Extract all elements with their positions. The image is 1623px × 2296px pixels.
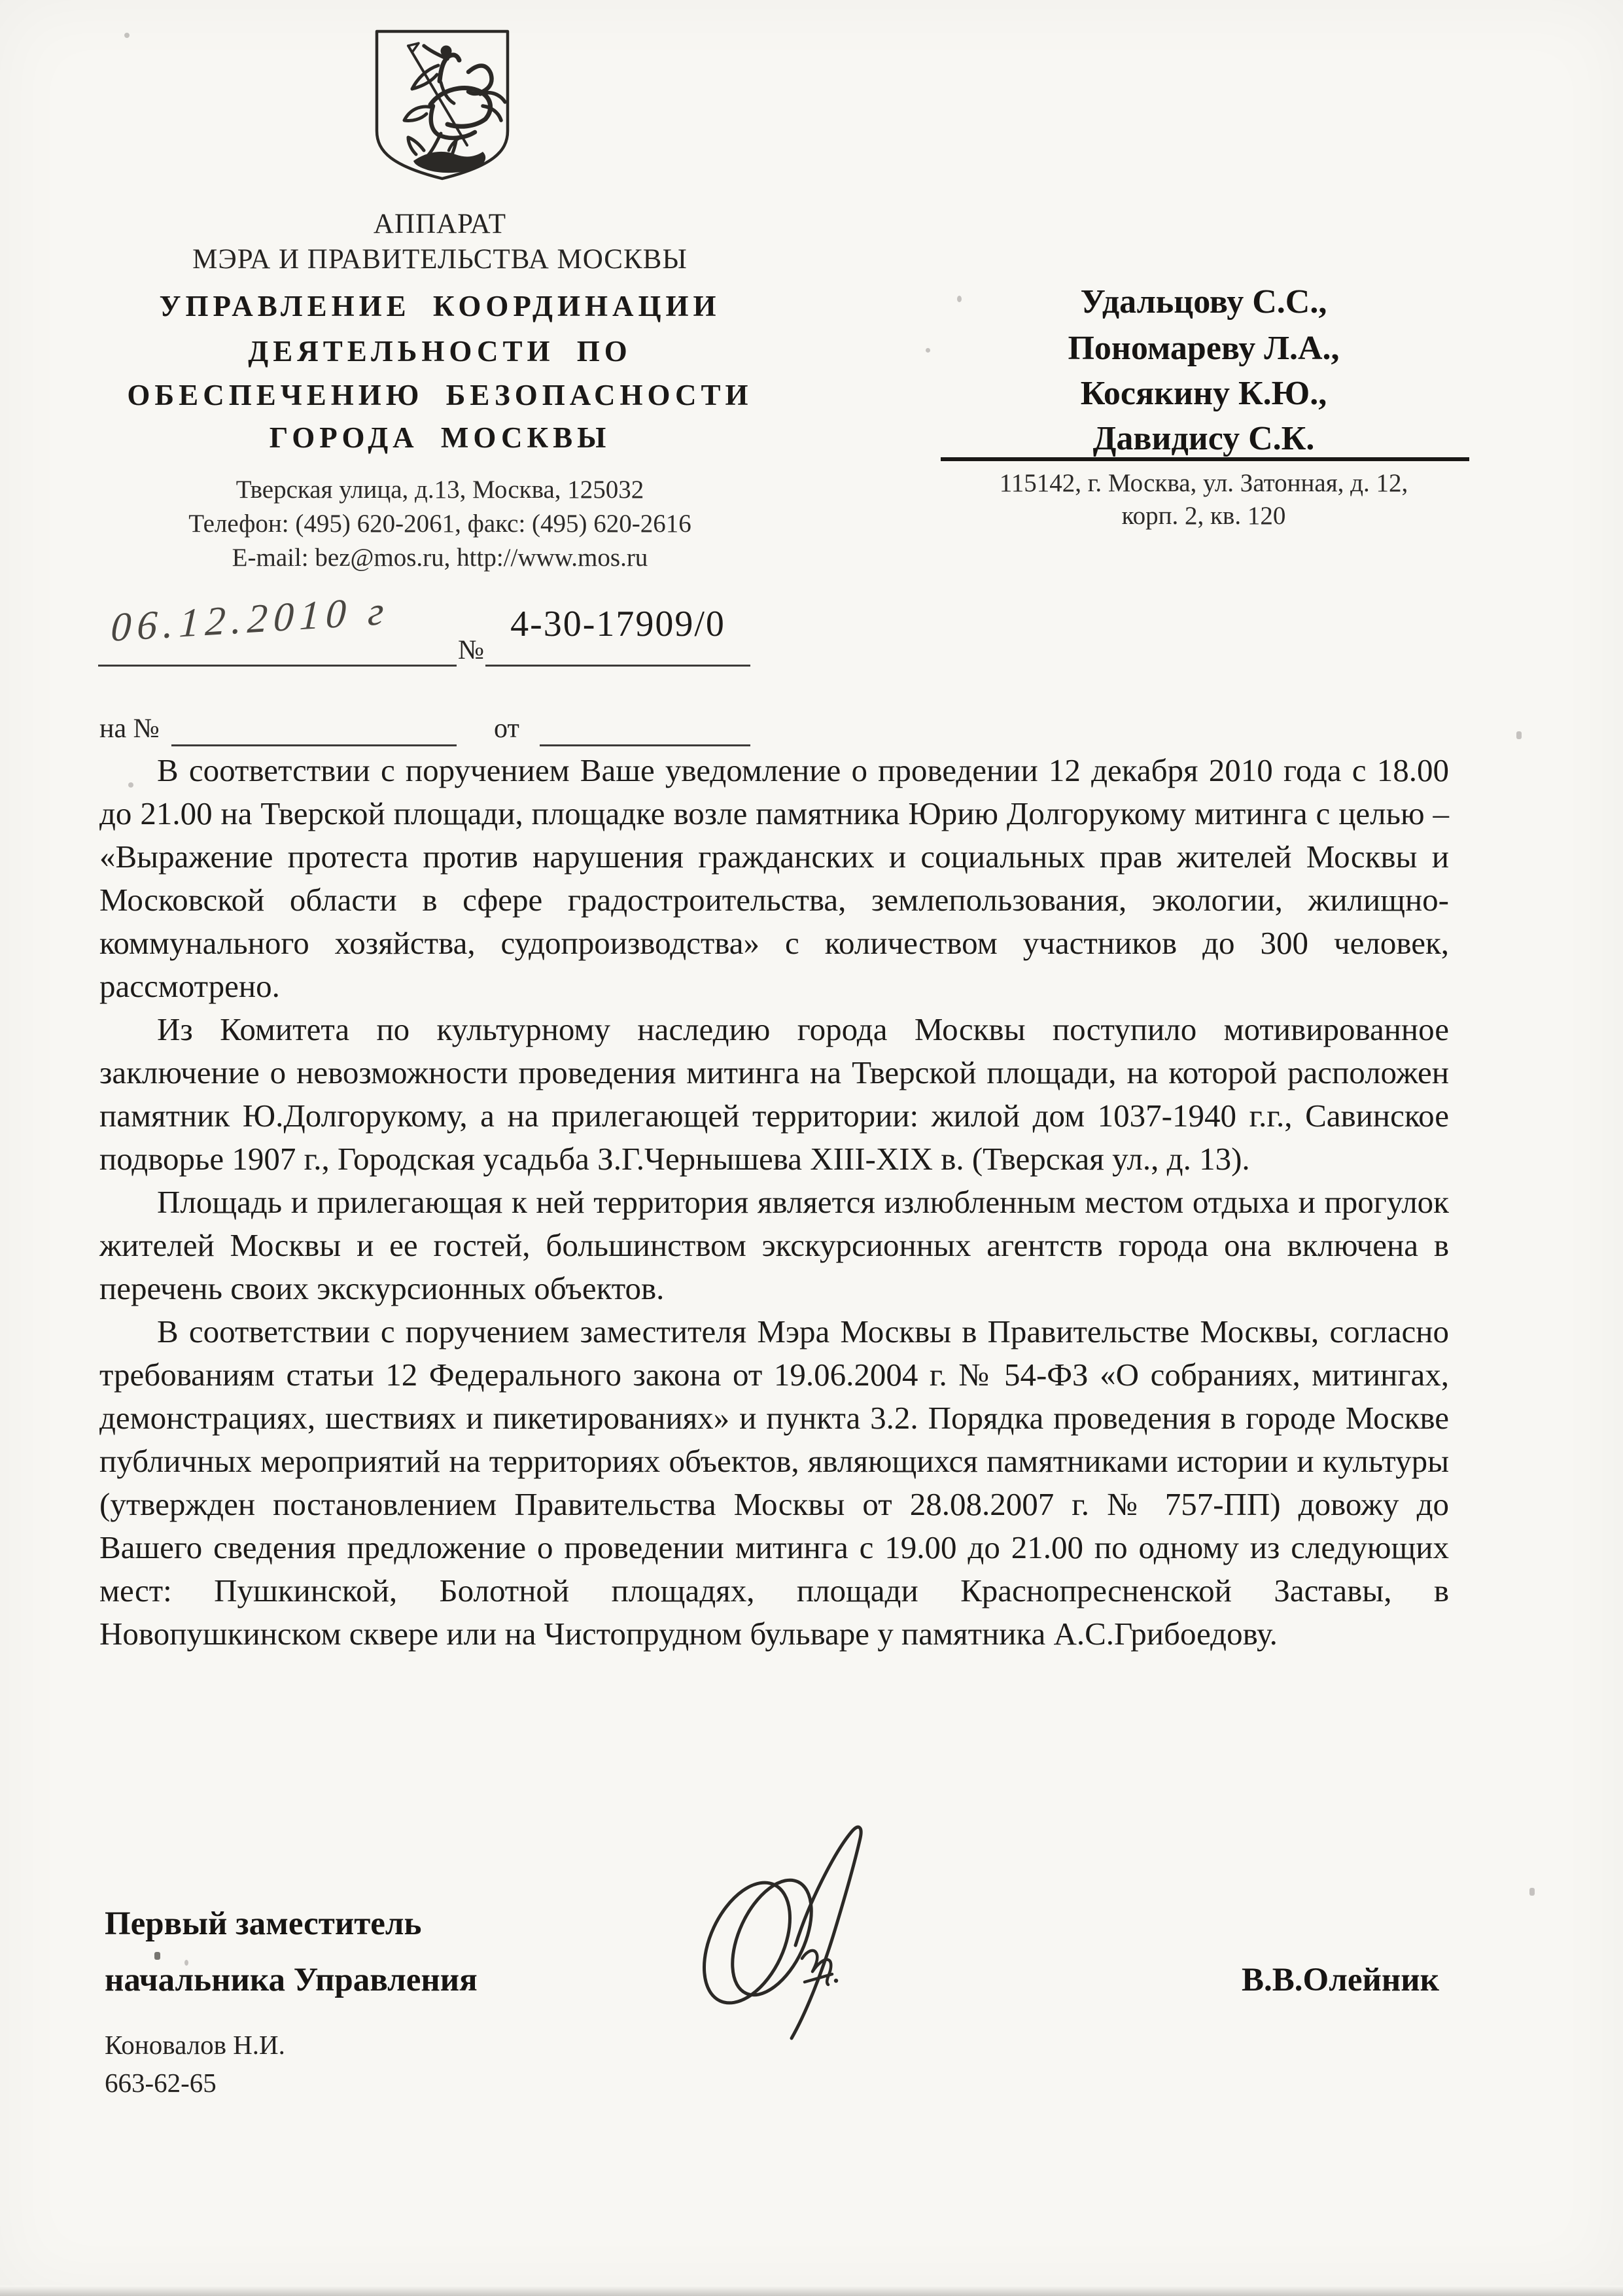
scanned-letter-page: АППАРАТ МЭРА И ПРАВИТЕЛЬСТВА МОСКВЫ УПРА… [0,0,1623,2296]
scan-speck [957,296,962,302]
paragraph-3: Площадь и прилегающая к ней территория я… [99,1181,1449,1310]
org-name-line-2: МЭРА И ПРАВИТЕЛЬСТВА МОСКВЫ [98,243,782,275]
paragraph-2: Из Комитета по культурному наследию горо… [99,1008,1449,1181]
paragraph-1: В соответствии с поручением Ваше уведомл… [99,749,1449,1008]
recipient-address-line-1: 115142, г. Москва, ул. Затонная, д. 12, [909,468,1498,498]
scan-speck [154,1952,160,1960]
org-name-line-1: АППАРАТ [98,208,782,240]
document-number: 4-30-17909/0 [485,603,750,645]
department-name-line-1: УПРАВЛЕНИЕ КООРДИНАЦИИ [85,289,795,323]
recipient-underline [941,457,1469,461]
incoming-date-blank-line [540,744,750,746]
recipient-name-1: Удальцову С.С., [909,283,1498,321]
scan-speck [1516,731,1522,739]
handwritten-date: 06.12.2010 г [110,584,451,652]
incoming-date-label: от [494,713,519,744]
executor-phone: 663-62-65 [105,2067,217,2098]
signer-name: В.В.Олейник [1112,1961,1439,1999]
letterhead-phone: Телефон: (495) 620-2061, факс: (495) 620… [85,509,795,538]
department-name-line-3: ОБЕСПЕЧЕНИЮ БЕЗОПАСНОСТИ [85,378,795,412]
executor-name: Коновалов Н.И. [105,2029,285,2061]
signer-position-line-1: Первый заместитель [105,1905,422,1943]
incoming-number-blank-line [171,744,457,746]
letterhead-email: E-mail: bez@mos.ru, http://www.mos.ru [85,543,795,572]
scanner-edge-shadow [0,2286,1623,2296]
paragraph-4: В соответствии с поручением заместителя … [99,1310,1449,1656]
scan-speck [128,782,133,788]
moscow-coat-of-arms-icon [370,26,514,183]
letter-body: В соответствии с поручением Ваше уведомл… [99,749,1449,1656]
letterhead-address: Тверская улица, д.13, Москва, 125032 [85,475,795,504]
recipient-address-line-2: корп. 2, кв. 120 [909,501,1498,531]
scan-speck [184,1960,188,1966]
scan-speck [1529,1888,1535,1896]
scan-speck [926,348,930,353]
recipient-name-3: Косякину К.Ю., [909,374,1498,413]
signature-ink [674,1807,922,2055]
signer-position-line-2: начальника Управления [105,1961,478,1999]
incoming-number-label: на № [99,713,160,744]
scan-speck [124,33,130,38]
number-label: № [458,635,484,666]
recipient-name-4: Давидису С.К. [909,419,1498,458]
date-blank-line [98,665,457,667]
department-name-line-2: ДЕЯТЕЛЬНОСТИ ПО [85,334,795,368]
number-blank-line [485,665,750,667]
department-name-line-4: ГОРОДА МОСКВЫ [85,421,795,455]
recipient-name-2: Пономареву Л.А., [909,329,1498,368]
